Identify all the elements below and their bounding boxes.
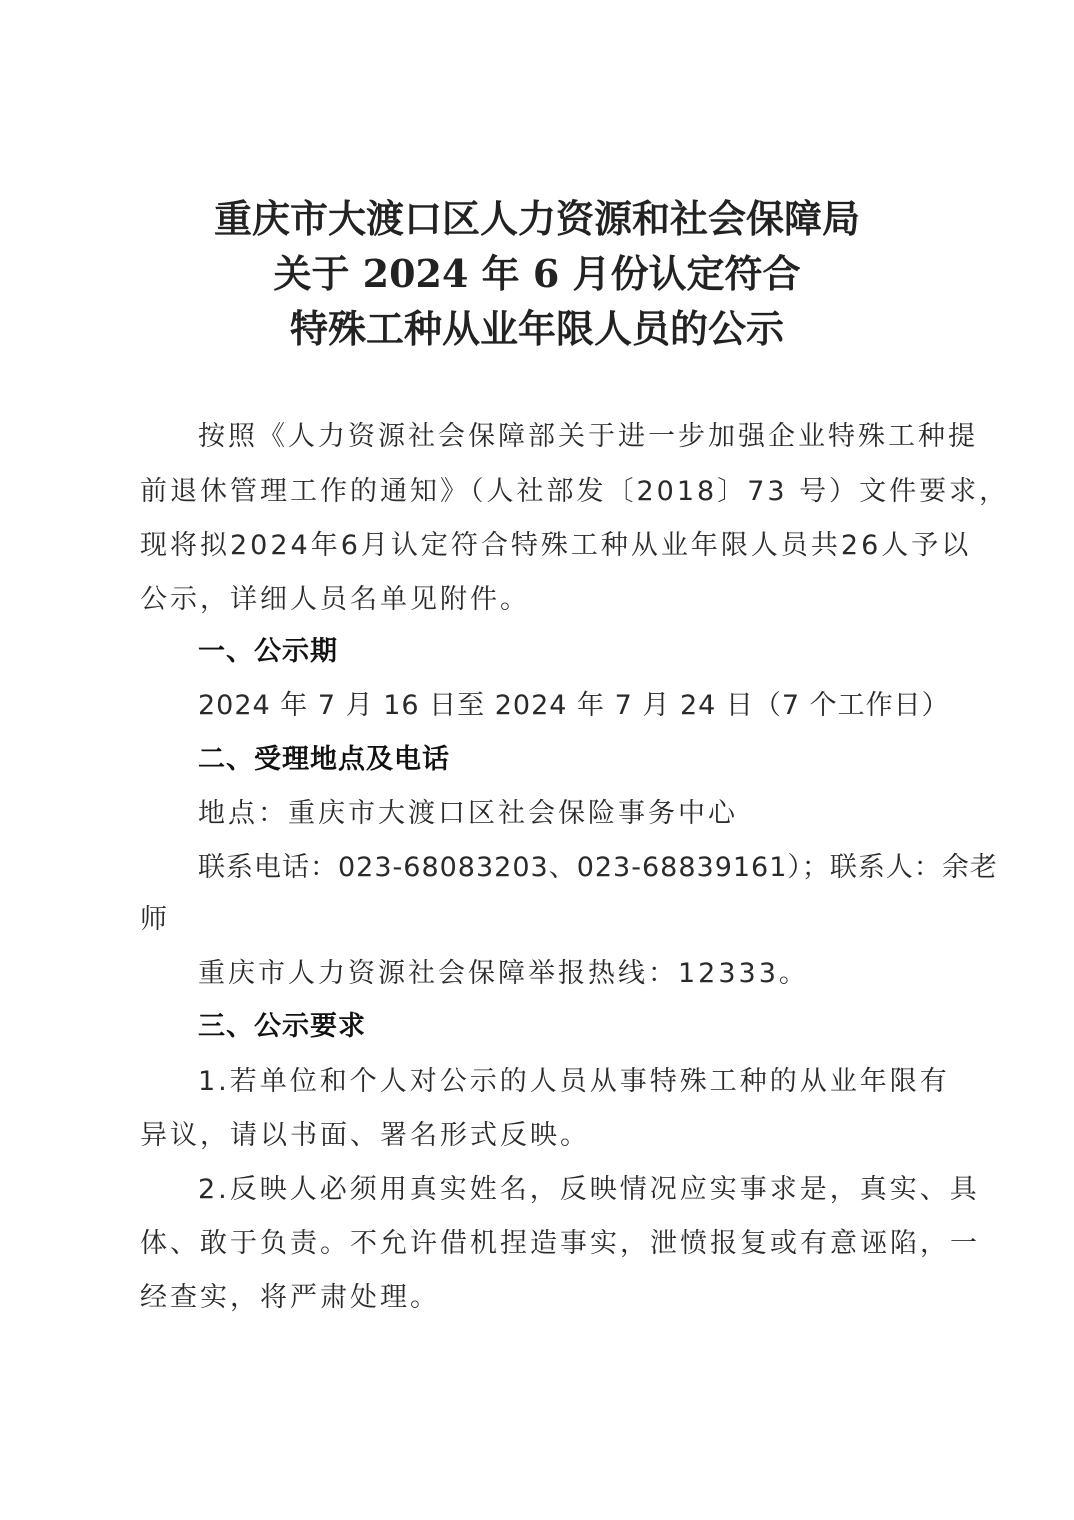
- intro-line-4: 公示，详细人员名单见附件。: [140, 573, 940, 627]
- requirement-2-line-1: 2.反映人必须用真实姓名，反映情况应实事求是，真实、具: [198, 1163, 936, 1217]
- location-text: 地点：重庆市大渡口区社会保险事务中心: [198, 787, 998, 841]
- phone-line-1: 联系电话：023-68083203、023-68839161）；联系人：余老: [198, 841, 936, 895]
- intro-line-3: 现将拟2024年6月认定符合特殊工种从业年限人员共26人予以: [140, 519, 936, 573]
- requirement-2-line-3: 经查实，将严肃处理。: [140, 1271, 940, 1325]
- intro-line-1: 按照《人力资源社会保障部关于进一步加强企业特殊工种提: [198, 410, 936, 464]
- intro-line-2: 前退休管理工作的通知》（人社部发〔2018〕73 号）文件要求，: [140, 465, 936, 519]
- requirement-1-line-2: 异议，请以书面、署名形式反映。: [140, 1109, 940, 1163]
- phone-line-2: 师: [140, 893, 940, 947]
- section2-heading: 二、受理地点及电话: [198, 733, 998, 787]
- section1-heading: 一、公示期: [198, 625, 998, 679]
- requirement-1-line-1: 1.若单位和个人对公示的人员从事特殊工种的从业年限有: [198, 1055, 936, 1109]
- publicity-period-text: 2024 年 7 月 16 日至 2024 年 7 月 24 日（7 个工作日）: [198, 679, 998, 733]
- title-line-2: 关于 2024 年 6 月份认定符合: [0, 245, 1074, 303]
- title-line-3: 特殊工种从业年限人员的公示: [0, 300, 1074, 358]
- requirement-2-line-2: 体、敢于负责。不允许借机捏造事实，泄愤报复或有意诬陷，一: [140, 1217, 936, 1271]
- section3-heading: 三、公示要求: [198, 1000, 998, 1054]
- hotline-text: 重庆市人力资源社会保障举报热线：12333。: [198, 947, 998, 1001]
- title-line-1: 重庆市大渡口区人力资源和社会保障局: [0, 190, 1074, 248]
